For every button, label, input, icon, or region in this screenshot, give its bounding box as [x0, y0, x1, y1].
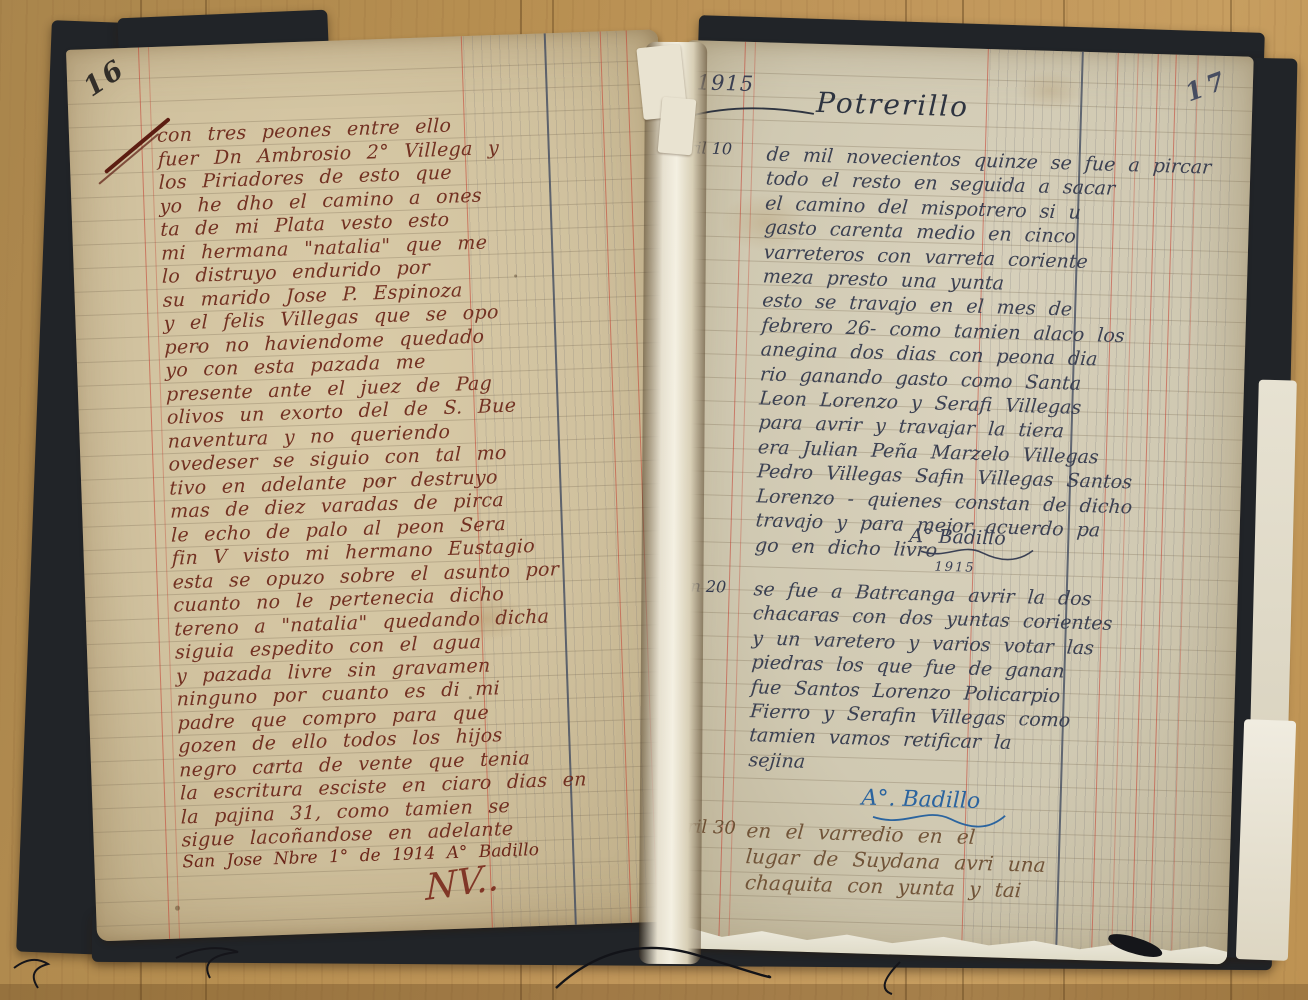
handwritten-entry: se fue a Batrcanga avrir la doschacaras … — [748, 577, 1113, 783]
handwritten-entry: en el varredio en ellugar de Suydana avr… — [745, 817, 1047, 904]
torn-paper-scrap — [1236, 719, 1296, 961]
heading-swash — [688, 98, 819, 126]
handwritten-entry: de mil novecientos quinze se fue a pirca… — [755, 142, 1212, 570]
handwritten-entry: con tres peones entre ellofuer Dn Ambros… — [157, 111, 589, 853]
photo-of-ledger: 16 con tres peones entre ellofuer Dn Amb… — [0, 0, 1308, 1000]
signature: A° Badillo 1915 — [908, 525, 1037, 578]
plank-end-seam — [0, 984, 1308, 1000]
right-page: 1915 Potrerillo 17 ril 10 de mil novecie… — [659, 40, 1254, 964]
entry-heading: Potrerillo — [816, 86, 970, 124]
torn-page-remnant — [658, 97, 697, 156]
binding-gutter — [639, 42, 707, 964]
left-page: 16 con tres peones entre ellofuer Dn Amb… — [66, 29, 689, 941]
